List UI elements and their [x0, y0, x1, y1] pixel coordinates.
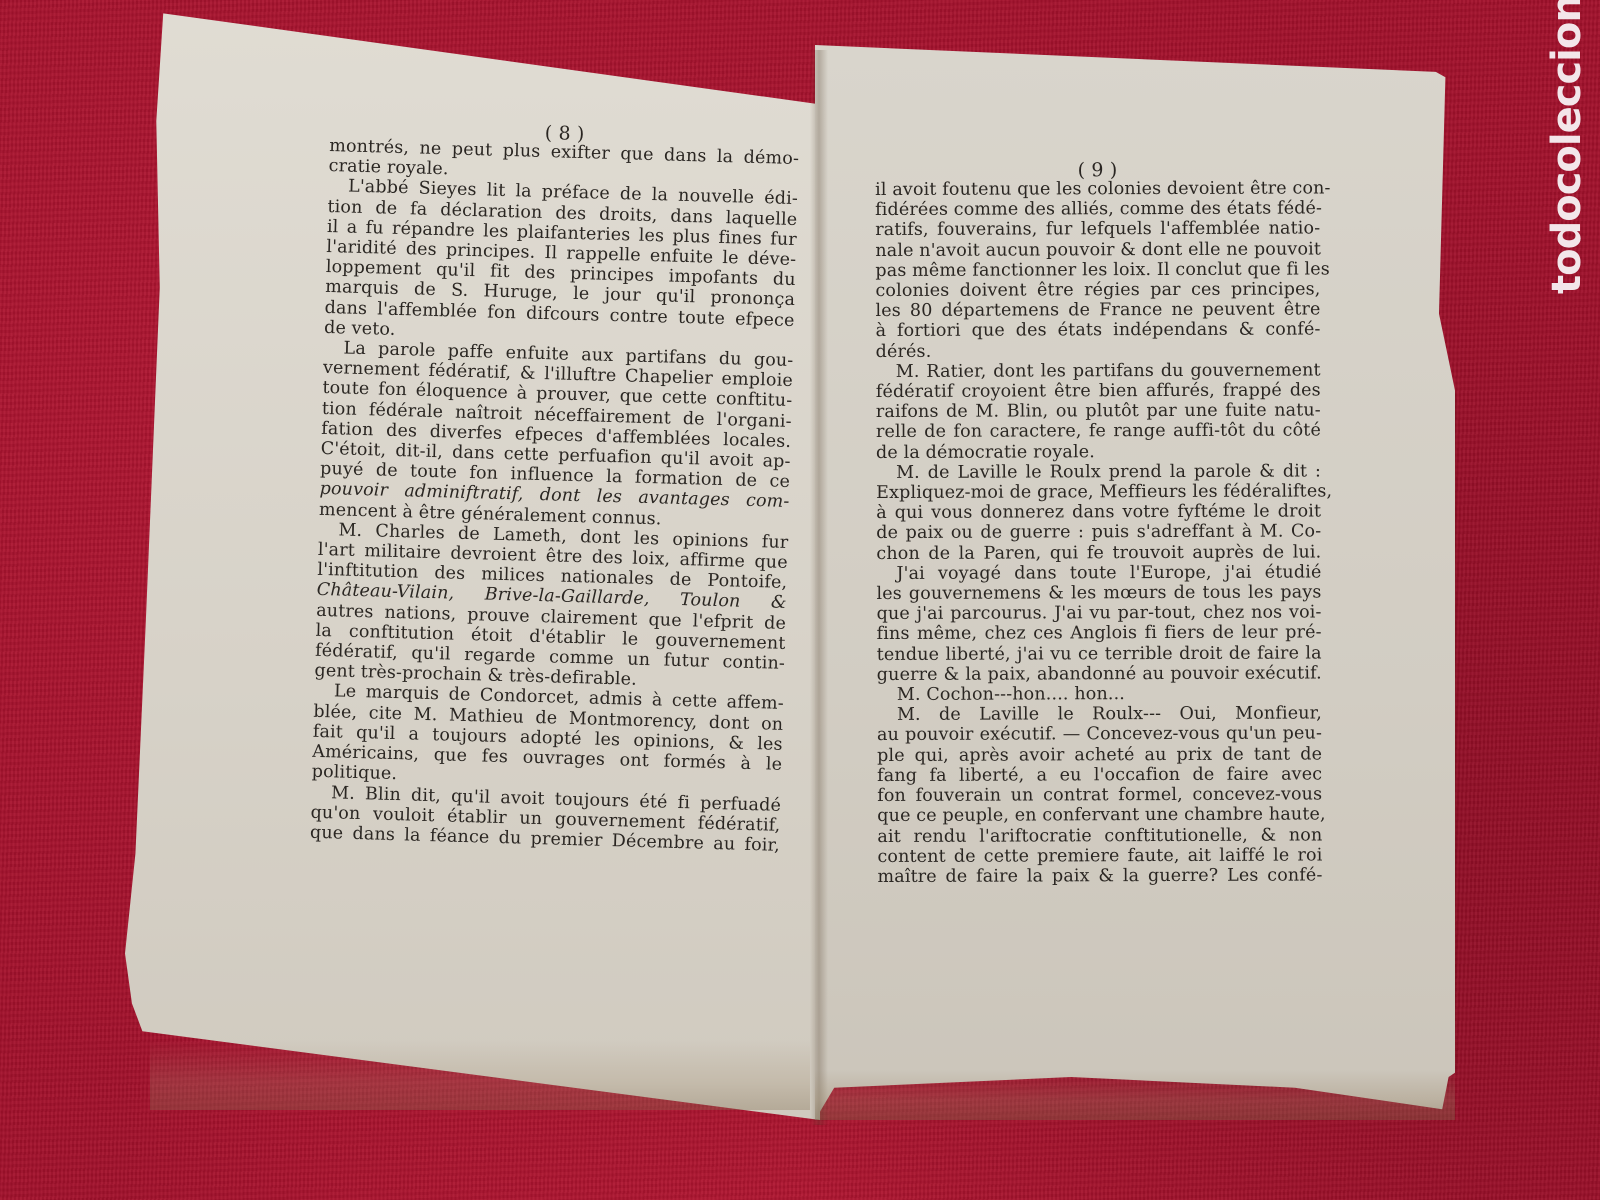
text-line: colonies doivent être régies par ces pri… — [875, 279, 1320, 301]
open-book: ( 8 ) montrés, ne peut plus exifter que … — [0, 0, 1600, 1200]
text-line: il avoit foutenu que les colonies devoie… — [875, 178, 1320, 200]
page-number: ( 9 ) — [875, 160, 1320, 180]
text-line: fidérées comme des alliés, comme des éta… — [875, 199, 1320, 221]
text-line: de paix ou de guerre : puis s'adreffant … — [876, 522, 1321, 544]
text-line: M. Ratier, dont les partifans du gouvern… — [876, 360, 1321, 382]
text-line: guerre & la paix, abandonné au pouvoir e… — [877, 663, 1322, 685]
text-line: ple qui, après avoir acheté au prix de t… — [877, 744, 1322, 766]
text-line: tendue liberté, j'ai vu ce terrible droi… — [877, 643, 1322, 665]
text-line: les 80 départemens de France ne peuvent … — [875, 300, 1320, 322]
text-line: fins même, chez ces Anglois fi fiers de … — [877, 623, 1322, 645]
text-line: Expliquez-moi de grace, Meffieurs les fé… — [876, 481, 1321, 503]
text-line: ait rendu l'ariftocratie conftitutionell… — [877, 825, 1322, 847]
text-line: fédératif croyoient être bien affurés, f… — [876, 380, 1321, 402]
text-line: à qui vous donnerez dans votre fyftéme l… — [876, 502, 1321, 524]
text-line: que j'ai parcourus. J'ai vu par-tout, ch… — [877, 603, 1322, 625]
text-line: fon fouverain un contrat formel, conceve… — [877, 785, 1322, 807]
text-line: nale n'avoit aucun pouvoir & dont elle n… — [875, 239, 1320, 261]
text-line: dérés. — [876, 340, 1321, 362]
text-line: ratifs, fouverains, fur lefquels l'affem… — [875, 219, 1320, 241]
text-line: de la démocratie royale. — [876, 441, 1321, 463]
text-line: chon de la Paren, qui fe trouvoit auprès… — [876, 542, 1321, 564]
text-line: au pouvoir exécutif. — Concevez-vous qu'… — [877, 724, 1322, 746]
text-line: maître de faire la paix & la guerre? Les… — [877, 865, 1322, 887]
text-line: les gouvernemens & les mœurs de tous les… — [876, 583, 1321, 605]
right-page-text: ( 9 ) il avoit foutenu que les colonies … — [875, 160, 1323, 887]
text-line: à fortiori que des états indépendans & c… — [876, 320, 1321, 342]
text-line: fang fa liberté, a eu l'occafion de fair… — [877, 764, 1322, 786]
text-line: M. de Laville le Roulx prend la parole &… — [876, 461, 1321, 483]
text-line: raifons de M. Blin, ou plutôt par une fu… — [876, 401, 1321, 423]
text-line: M. de Laville le Roulx--- Oui, Monfieur, — [877, 704, 1322, 726]
text-line: content de cette premiere faute, ait lai… — [877, 845, 1322, 867]
text-line: relle de fon caractere, fe range auffi-t… — [876, 421, 1321, 443]
todocoleccion-watermark: todocoleccion — [1542, 4, 1592, 294]
left-page-text: ( 8 ) montrés, ne peut plus exifter que … — [310, 118, 800, 856]
text-line: que ce peuple, en confervant une chambre… — [877, 805, 1322, 827]
text-line: J'ai voyagé dans toute l'Europe, j'ai ét… — [876, 562, 1321, 584]
text-line: M. Cochon---hon.... hon... — [877, 684, 1322, 706]
text-line: pas même fanctionner les loix. Il conclu… — [875, 259, 1320, 281]
